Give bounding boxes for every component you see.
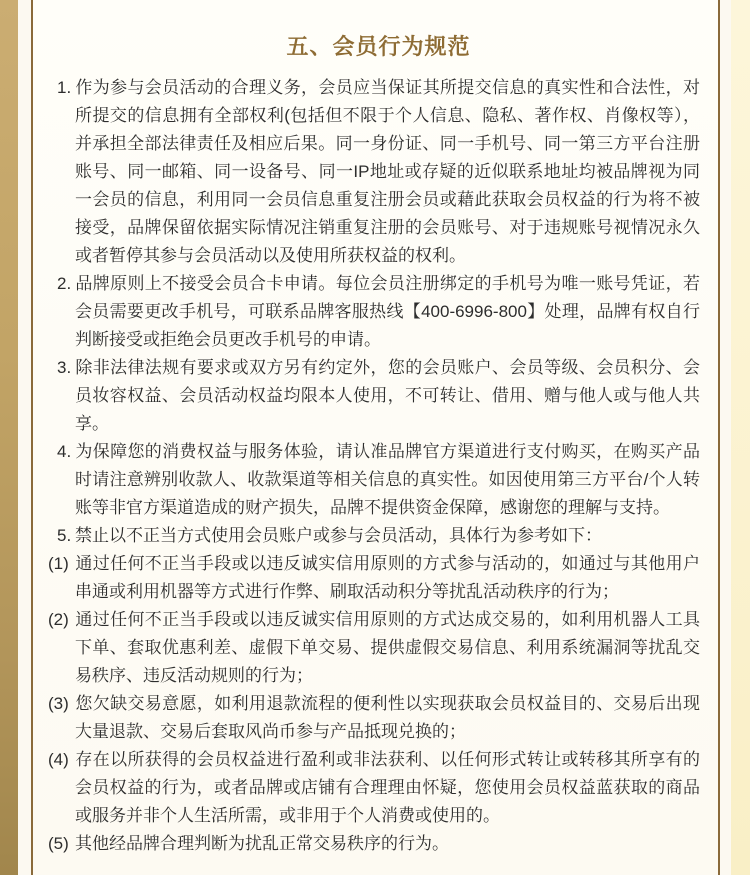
sub-item-5: (5)其他经品牌合理判断为扰乱正常交易秩序的行为。 [48, 830, 700, 858]
terms-panel: 五、会员行为规范 1.作为参与会员活动的合理义务，会员应当保证其所提交信息的真实… [31, 0, 720, 875]
clause-5: 5.禁止以不正当方式使用会员账户或参与会员活动，具体行为参考如下： [57, 522, 700, 550]
sub-item-1: (1)通过任何不正当手段或以违反诚实信用原则的方式参与活动的，如通过与其他用户串… [48, 550, 700, 606]
clause-1: 1.作为参与会员活动的合理义务，会员应当保证其所提交信息的真实性和合法性，对所提… [57, 74, 700, 270]
clause-3-marker: 3. [57, 354, 75, 382]
sub-item-5-marker: (5) [48, 830, 75, 858]
clause-2: 2.品牌原则上不接受会员合卡申请。每位会员注册绑定的手机号为唯一账号凭证，若会员… [57, 270, 700, 354]
sub-item-1-text: 通过任何不正当手段或以违反诚实信用原则的方式参与活动的，如通过与其他用户串通或利… [75, 554, 700, 601]
clause-4: 4.为保障您的消费权益与服务体验，请认准品牌官方渠道进行支付购买，在购买产品时请… [57, 438, 700, 522]
clause-4-marker: 4. [57, 438, 75, 466]
sub-item-1-marker: (1) [48, 550, 75, 578]
sub-item-4-text: 存在以所获得的会员权益进行盈利或非法获利、以任何形式转让或转移其所享有的会员权益… [75, 750, 700, 825]
clause-5-text: 禁止以不正当方式使用会员账户或参与会员活动，具体行为参考如下： [75, 526, 602, 545]
clause-3: 3.除非法律法规有要求或双方另有约定外，您的会员账户、会员等级、会员积分、会员妆… [57, 354, 700, 438]
sub-item-3-marker: (3) [48, 690, 75, 718]
clause-list: 1.作为参与会员活动的合理义务，会员应当保证其所提交信息的真实性和合法性，对所提… [57, 74, 700, 858]
sub-item-2: (2)通过任何不正当手段或以违反诚实信用原则的方式达成交易的，如利用机器人工具下… [48, 606, 700, 690]
sub-item-3: (3)您欠缺交易意愿，如利用退款流程的便利性以实现获取会员权益目的、交易后出现大… [48, 690, 700, 746]
sub-item-3-text: 您欠缺交易意愿，如利用退款流程的便利性以实现获取会员权益目的、交易后出现大量退款… [75, 694, 700, 741]
clause-1-marker: 1. [57, 74, 75, 102]
sub-item-4-marker: (4) [48, 746, 75, 774]
sub-item-2-marker: (2) [48, 606, 75, 634]
clause-4-text: 为保障您的消费权益与服务体验，请认准品牌官方渠道进行支付购买，在购买产品时请注意… [75, 442, 700, 517]
right-gold-border [731, 0, 750, 875]
clause-2-marker: 2. [57, 270, 75, 298]
clause-5-marker: 5. [57, 522, 75, 550]
sub-item-5-text: 其他经品牌合理判断为扰乱正常交易秩序的行为。 [75, 834, 449, 853]
clause-1-text: 作为参与会员活动的合理义务，会员应当保证其所提交信息的真实性和合法性，对所提交的… [75, 78, 700, 265]
sub-item-4: (4)存在以所获得的会员权益进行盈利或非法获利、以任何形式转让或转移其所享有的会… [48, 746, 700, 830]
clause-3-text: 除非法律法规有要求或双方另有约定外，您的会员账户、会员等级、会员积分、会员妆容权… [75, 358, 700, 433]
section-title: 五、会员行为规范 [57, 30, 700, 61]
clause-2-text: 品牌原则上不接受会员合卡申请。每位会员注册绑定的手机号为唯一账号凭证，若会员需要… [75, 274, 700, 349]
sub-item-2-text: 通过任何不正当手段或以违反诚实信用原则的方式达成交易的，如利用机器人工具下单、套… [75, 610, 700, 685]
left-gold-border [0, 0, 18, 875]
